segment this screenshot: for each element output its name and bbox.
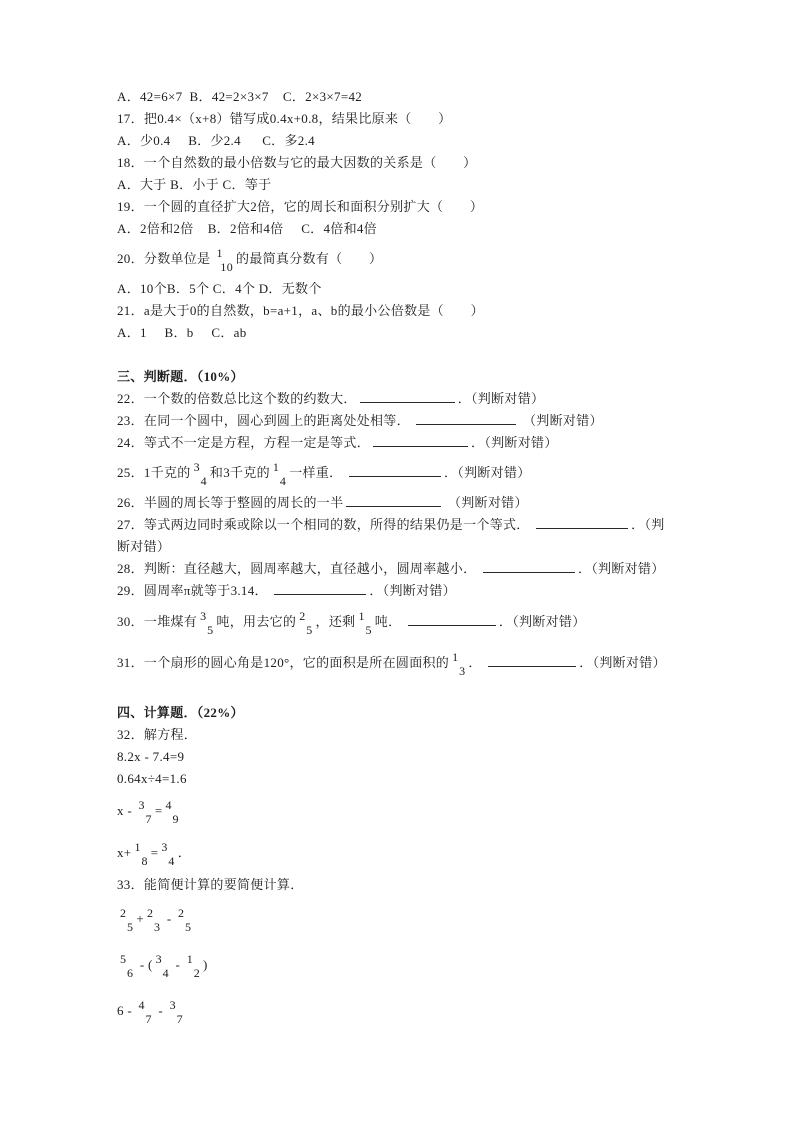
answer-blank [360, 389, 455, 403]
question-27-line1: 27．等式两边同时乘或除以一个相同的数，所得的结果仍是一个等式． ．（判 [117, 514, 733, 536]
fraction-denominator: 6 [120, 966, 133, 980]
fraction-numerator: 2 [120, 906, 133, 920]
fraction-denominator: 5 [358, 623, 371, 637]
text-run: 一样重． [289, 465, 346, 480]
text-run: ．（判断对错） [578, 561, 665, 576]
question-22: 22．一个数的倍数总比这个数的约数大．．（判断对错） [117, 388, 733, 410]
text-run: 30．一堆煤有 [117, 614, 197, 629]
fraction-numerator: 3 [161, 840, 174, 854]
fraction-numerator: 1 [273, 460, 286, 474]
text-run: 26．半圆的周长等于整圆的周长的一半 [117, 495, 343, 510]
text-run: （判断对错） [519, 413, 602, 428]
text-run: - ( [136, 957, 152, 972]
fraction-denominator: 4 [161, 854, 174, 868]
text-run: 21．a是大于0的自然数，b=a+1，a、b的最小公倍数是（ ） [117, 303, 484, 318]
text-run: A．少0.4 B．少2.4 C．多2.4 [117, 133, 315, 148]
fraction-denominator: 4 [273, 474, 286, 488]
question-17: 17．把0.4×（x+8）错写成0.4x+0.8，结果比原来（ ） [117, 108, 733, 130]
text-run: 33．能简便计算的要简便计算． [117, 877, 304, 892]
fraction: 110 [213, 246, 233, 274]
equation-32a: 8.2x - 7.4=9 [117, 746, 733, 768]
fraction: 15 [358, 609, 371, 637]
text-run: 三、判断题．（10%） [117, 369, 244, 384]
answer-blank [346, 493, 441, 507]
fraction-denominator: 3 [147, 920, 160, 934]
fraction-numerator: 1 [358, 609, 371, 623]
question-21: 21．a是大于0的自然数，b=a+1，a、b的最小公倍数是（ ） [117, 300, 733, 322]
text-run: 和3千克的 [210, 465, 270, 480]
text-run: 20．分数单位是 [117, 251, 210, 266]
fraction-numerator: 3 [200, 609, 213, 623]
text-run: ．（判断对错） [499, 614, 586, 629]
text-run: 的最简真分数有（ ） [236, 251, 382, 266]
section-gap-2 [117, 684, 733, 702]
text-run: A．大于 B．小于 C．等于 [117, 177, 271, 192]
question-30: 30．一堆煤有35吨，用去它的25，还剩15吨． ．（判断对错） [117, 602, 733, 642]
text-run: 23．在同一个圆中，圆心到圆上的距离处处相等． [117, 413, 413, 428]
fraction-numerator: 3 [170, 998, 183, 1012]
fraction-denominator: 7 [170, 1012, 183, 1026]
text-run: 19．一个圆的直径扩大2倍，它的周长和面积分别扩大（ ） [117, 199, 483, 214]
text-run: ． [468, 655, 485, 670]
fraction: 18 [134, 840, 147, 868]
text-run: ，还剩 [316, 614, 356, 629]
text-run: 断对错） [117, 539, 170, 554]
text-run: 吨． [375, 614, 405, 629]
fraction-numerator: 1 [187, 952, 200, 966]
text-run: A．42=6×7 B．42=2×3×7 C．2×3×7=42 [117, 89, 362, 104]
text-run: 24．等式不一定是方程，方程一定是等式． [117, 435, 370, 450]
text-run: x - [117, 803, 136, 818]
fraction-numerator: 5 [120, 952, 133, 966]
fraction: 34 [161, 840, 174, 868]
text-run: = [155, 803, 163, 818]
document-page: A．42=6×7 B．42=2×3×7 C．2×3×7=4217．把0.4×（x… [0, 0, 793, 1122]
fraction-denominator: 5 [200, 623, 213, 637]
section-gap-1 [117, 344, 733, 366]
answer-blank [536, 515, 628, 529]
equation-33a: 25+23 - 25 [117, 896, 733, 942]
question-18-options: A．大于 B．小于 C．等于 [117, 174, 733, 196]
fraction: 25 [299, 609, 312, 637]
text-run: - [172, 957, 184, 972]
question-32: 32．解方程． [117, 724, 733, 746]
fraction: 25 [178, 906, 191, 934]
text-run: 18．一个自然数的最小倍数与它的最大因数的关系是（ ） [117, 155, 476, 170]
text-run: = [151, 845, 159, 860]
fraction: 25 [120, 906, 133, 934]
fraction-numerator: 3 [156, 952, 169, 966]
equation-33c: 6 - 47 - 37 [117, 988, 733, 1034]
fraction: 34 [156, 952, 169, 980]
fraction-denominator: 4 [194, 474, 207, 488]
answer-blank [373, 433, 468, 447]
text-run: ．（判断对错） [471, 435, 558, 450]
fraction-denominator: 5 [178, 920, 191, 934]
question-25: 25．1千克的34和3千克的14一样重． ．（判断对错） [117, 454, 733, 492]
fraction: 12 [187, 952, 200, 980]
text-run: 27．等式两边同时乘或除以一个相同的数，所得的结果仍是一个等式． [117, 517, 533, 532]
fraction-denominator: 5 [120, 920, 133, 934]
fraction-denominator: 9 [165, 812, 178, 826]
fraction-denominator: 3 [452, 664, 465, 678]
question-19-options: A．2倍和2倍 B．2倍和4倍 C．4倍和4倍 [117, 218, 733, 240]
section-3-heading: 三、判断题．（10%） [117, 366, 733, 388]
fraction: 14 [273, 460, 286, 488]
equation-33b: 56 - (34 - 12) [117, 942, 733, 988]
text-run: A．1 B．b C．ab [117, 325, 247, 340]
fraction: 37 [170, 998, 183, 1026]
fraction-numerator: 2 [178, 906, 191, 920]
text-run: A．10个B．5个 C．4个 D．无数个 [117, 281, 322, 296]
equation-32d: x+18=34． [117, 832, 733, 874]
text-run: ．（判断对错） [369, 583, 456, 598]
fraction: 34 [194, 460, 207, 488]
fraction-numerator: 2 [147, 906, 160, 920]
question-33: 33．能简便计算的要简便计算． [117, 874, 733, 896]
question-26: 26．半圆的周长等于整圆的周长的一半 （判断对错） [117, 492, 733, 514]
fraction-numerator: 4 [165, 798, 178, 812]
question-21-options: A．1 B．b C．ab [117, 322, 733, 344]
fraction-numerator: 1 [213, 246, 233, 260]
fraction: 13 [452, 650, 465, 678]
question-31: 31．一个扇形的圆心角是120°，它的面积是所在圆面积的13． ．（判断对错） [117, 642, 733, 684]
answer-blank [488, 653, 576, 667]
text-run: - [163, 911, 175, 926]
text-run: 31．一个扇形的圆心角是120°，它的面积是所在圆面积的 [117, 655, 449, 670]
text-run: （判断对错） [444, 495, 527, 510]
fraction: 35 [200, 609, 213, 637]
fraction-denominator: 7 [139, 1012, 152, 1026]
text-run: x+ [117, 845, 131, 860]
fraction: 47 [139, 998, 152, 1026]
text-run: + [136, 911, 144, 926]
text-run: - [155, 1003, 167, 1018]
question-27-line2: 断对错） [117, 536, 733, 558]
text-run: 6 - [117, 1003, 136, 1018]
text-run: ．（判断对错） [579, 655, 666, 670]
text-run: 四、计算题．（22%） [117, 705, 244, 720]
fraction: 23 [147, 906, 160, 934]
answer-blank [408, 612, 496, 626]
fraction-denominator: 4 [156, 966, 169, 980]
fraction-numerator: 4 [139, 998, 152, 1012]
answer-blank [349, 463, 441, 477]
question-23: 23．在同一个圆中，圆心到圆上的距离处处相等． （判断对错） [117, 410, 733, 432]
text-run: 0.64x÷4=1.6 [117, 771, 187, 786]
fraction-numerator: 3 [194, 460, 207, 474]
text-run: ． [178, 845, 191, 860]
section-4-heading: 四、计算题．（22%） [117, 702, 733, 724]
text-run: 32．解方程． [117, 727, 197, 742]
answer-blank [416, 411, 516, 425]
fraction-denominator: 2 [187, 966, 200, 980]
fraction-denominator: 8 [134, 854, 147, 868]
question-20: 20．分数单位是110的最简真分数有（ ） [117, 240, 733, 278]
fraction-numerator: 1 [134, 840, 147, 854]
question-24: 24．等式不一定是方程，方程一定是等式．．（判断对错） [117, 432, 733, 454]
fraction: 56 [120, 952, 133, 980]
text-run: ．（判 [631, 517, 664, 532]
question-29: 29．圆周率π就等于3.14． ．（判断对错） [117, 580, 733, 602]
fraction-numerator: 1 [452, 650, 465, 664]
text-run: 17．把0.4×（x+8）错写成0.4x+0.8，结果比原来（ ） [117, 111, 451, 126]
text-run: ．（判断对错） [444, 465, 531, 480]
fraction-numerator: 3 [139, 798, 152, 812]
text-run: 8.2x - 7.4=9 [117, 749, 184, 764]
text-run: 28．判断：直径越大，圆周率越大，直径越小，圆周率越小． [117, 561, 480, 576]
fraction-denominator: 10 [213, 260, 233, 274]
fraction: 37 [139, 798, 152, 826]
text-run: 25．1千克的 [117, 465, 191, 480]
equation-32c: x - 37=49 [117, 790, 733, 832]
fraction-denominator: 7 [139, 812, 152, 826]
question-20-options: A．10个B．5个 C．4个 D．无数个 [117, 278, 733, 300]
question-17-options: A．少0.4 B．少2.4 C．多2.4 [117, 130, 733, 152]
equation-32b: 0.64x÷4=1.6 [117, 768, 733, 790]
question-18: 18．一个自然数的最小倍数与它的最大因数的关系是（ ） [117, 152, 733, 174]
fraction-denominator: 5 [299, 623, 312, 637]
text-run: ．（判断对错） [458, 391, 545, 406]
fraction-numerator: 2 [299, 609, 312, 623]
answer-blank [483, 559, 575, 573]
fraction: 49 [165, 798, 178, 826]
text-run: 29．圆周率π就等于3.14． [117, 583, 271, 598]
question-19: 19．一个圆的直径扩大2倍，它的周长和面积分别扩大（ ） [117, 196, 733, 218]
text-run: A．2倍和2倍 B．2倍和4倍 C．4倍和4倍 [117, 221, 377, 236]
text-run: ) [203, 957, 208, 972]
text-run: 22．一个数的倍数总比这个数的约数大． [117, 391, 357, 406]
question-28: 28．判断：直径越大，圆周率越大，直径越小，圆周率越小． ．（判断对错） [117, 558, 733, 580]
question-16-options: A．42=6×7 B．42=2×3×7 C．2×3×7=42 [117, 86, 733, 108]
text-run: 吨，用去它的 [216, 614, 296, 629]
answer-blank [274, 581, 366, 595]
